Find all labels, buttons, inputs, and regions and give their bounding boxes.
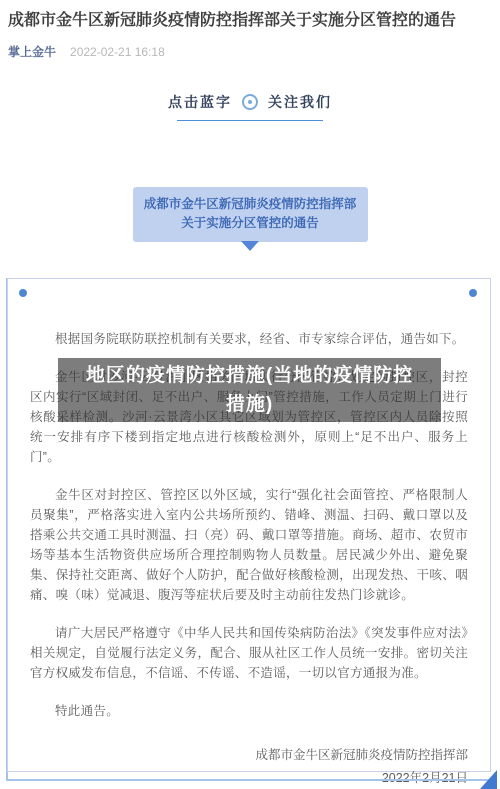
corner-dot-icon bbox=[469, 289, 477, 297]
publish-date: 2022-02-21 16:18 bbox=[70, 45, 165, 59]
paragraph: 请广大居民严格遵守《中华人民共和国传染病防治法》《突发事件应对法》相关规定，自觉… bbox=[30, 623, 468, 683]
paragraph: 根据国务院联防联控机制有关要求，经省、市专家综合评估，通告如下。 bbox=[30, 329, 468, 349]
follow-banner[interactable]: 点击蓝字 关注我们 bbox=[0, 92, 500, 112]
signature-org: 成都市金牛区新冠肺炎疫情防控指挥部 bbox=[30, 744, 468, 767]
card-bottom-accent-line bbox=[6, 779, 495, 781]
watermark-overlay: 地区的疫情防控措施(当地的疫情防控 措施) bbox=[58, 358, 441, 422]
byline: 掌上金牛 2022-02-21 16:18 bbox=[0, 32, 500, 59]
article-title: 成都市金牛区新冠肺炎疫情防控指挥部关于实施分区管控的通告 bbox=[0, 0, 500, 32]
account-link[interactable]: 掌上金牛 bbox=[8, 45, 56, 59]
watermark-line1: 地区的疫情防控措施(当地的疫情防控 bbox=[86, 361, 413, 390]
banner-right-text: 关注我们 bbox=[268, 92, 332, 112]
banner-underline bbox=[177, 120, 323, 121]
triangle-down-icon bbox=[241, 241, 259, 251]
banner-left-text: 点击蓝字 bbox=[168, 92, 232, 112]
notice-title-line2: 关于实施分区管控的通告 bbox=[135, 214, 366, 233]
paragraph: 金牛区对封控区、管控区以外区域，实行“强化社会面管控、严格限制人员聚集”，严格落… bbox=[30, 485, 468, 605]
notice-title-line1: 成都市金牛区新冠肺炎疫情防控指挥部 bbox=[135, 195, 366, 214]
corner-dot-icon bbox=[19, 289, 27, 297]
paragraph: 特此通告。 bbox=[30, 701, 468, 721]
signature-block: 成都市金牛区新冠肺炎疫情防控指挥部 2022年2月21日 bbox=[30, 744, 468, 789]
notice-content-card: 根据国务院联防联控机制有关要求，经省、市专家综合评估，通告如下。 金牛区对沙河·… bbox=[7, 278, 491, 772]
signature-date: 2022年2月21日 bbox=[30, 767, 468, 789]
concentric-circle-icon bbox=[242, 94, 258, 110]
notice-title-box: 成都市金牛区新冠肺炎疫情防控指挥部 关于实施分区管控的通告 bbox=[133, 187, 368, 242]
watermark-line2: 措施) bbox=[226, 390, 273, 419]
notice-body: 根据国务院联防联控机制有关要求，经省、市专家综合评估，通告如下。 金牛区对沙河·… bbox=[8, 279, 490, 789]
